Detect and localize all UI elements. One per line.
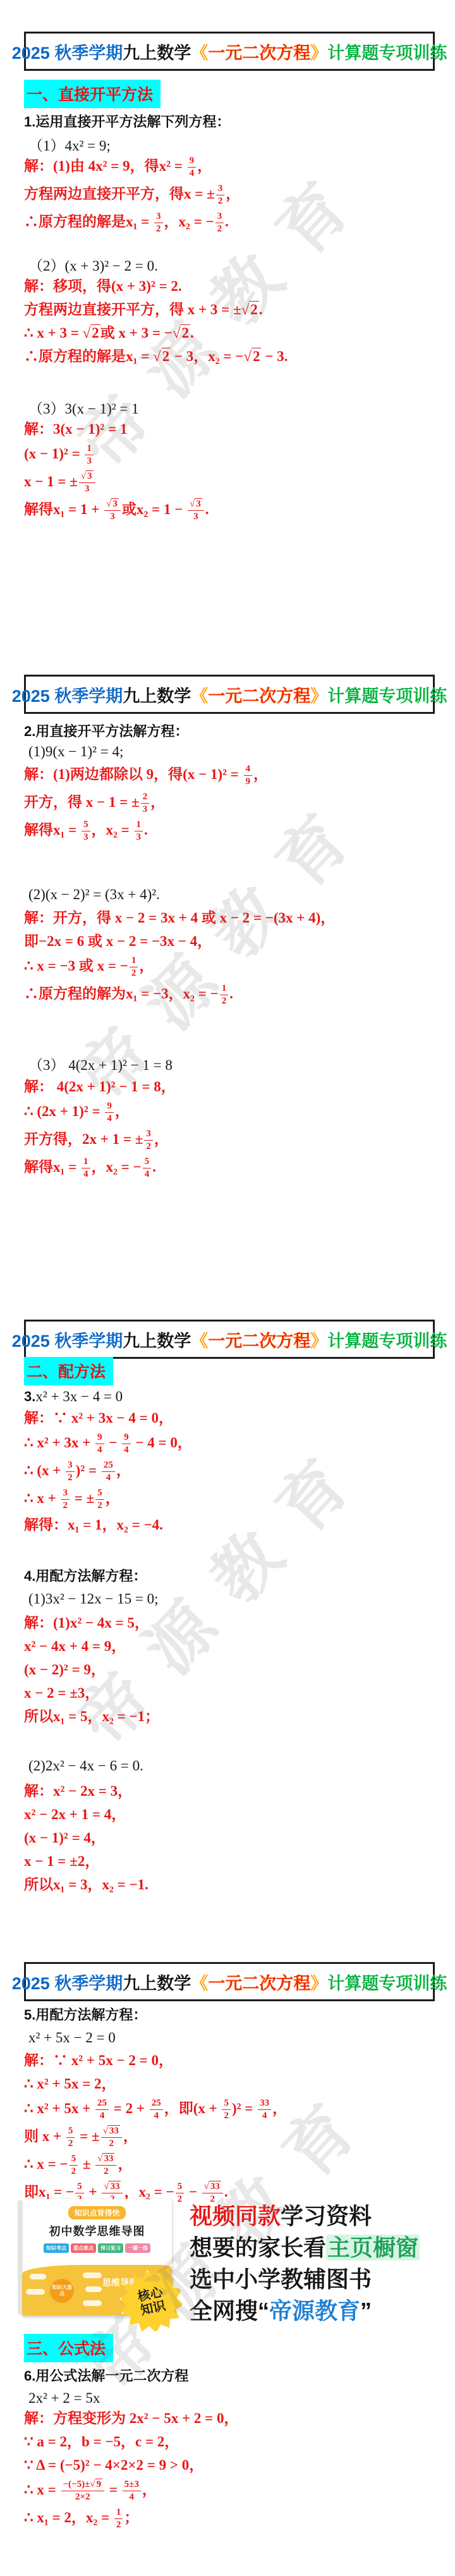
banner-topic: 一元二次方程 <box>208 39 310 64</box>
math-line: 解得x₁ = 1 + √33或x₂ = 1 − √33. <box>24 499 209 522</box>
problem-4-label: 4.用配方法解方程： <box>24 1566 147 1585</box>
math-line: x² − 2x + 1 = 4， <box>24 1805 149 1824</box>
math-line: ∴ x² + 3x + 94 − 94 − 4 = 0， <box>24 1432 192 1456</box>
ad-line-4: 全网搜“帝源教育” <box>190 2299 420 2322</box>
solution-5: 解：∵ x² + 5x − 2 = 0，∴ x² + 5x = 2，∴ x² +… <box>24 2051 287 2209</box>
solution-2-2: 解：开方，得 x − 2 = 3x + 4 或 x − 2 = −(3x + 4… <box>24 909 335 1011</box>
math-line: 解： 4(2x + 1)² − 1 = 8， <box>24 1077 176 1096</box>
title-banner: 2025 秋季学期九上数学《一元二次方程》计算题专项训练 <box>24 1962 435 2001</box>
solution-1-1: 解：(1)由 4x² = 9，得x² = 94，方程两边直接开平方，得x = ±… <box>24 156 240 239</box>
title-banner: 2025 秋季学期九上数学《一元二次方程》计算题专项训练 <box>24 32 435 71</box>
math-line: x − 1 = ±2， <box>24 1852 149 1871</box>
book-badge: 一题一练 <box>125 2243 150 2253</box>
section-heading-3: 三、公式法 <box>24 2334 113 2362</box>
problem-6-label: 6.用公式法解一元二次方程 <box>24 2365 188 2385</box>
banner-bracket-open: 《 <box>191 1327 208 1352</box>
banner-suffix: 计算题专项训练 <box>327 39 447 64</box>
ad-line-2: 想要的家长看主页橱窗 <box>190 2236 420 2259</box>
math-line: 所以x₁ = 5，x₂ = −1； <box>24 1707 159 1726</box>
solution-2-3: 解： 4(2x + 1)² − 1 = 8，∴ (2x + 1)² = 94，开… <box>24 1077 176 1184</box>
problem-3: 3.x² + 3x − 4 = 0 <box>24 1389 123 1405</box>
math-line: ∴ x = −3 或 x = −12， <box>24 955 335 979</box>
banner-subject: 九上数学 <box>123 1327 191 1352</box>
math-line: 方程两边直接开平方，得x = ±32， <box>24 183 240 207</box>
solution-4-2: 解：x² − 2x = 3，x² − 2x + 1 = 4，(x − 1)² =… <box>24 1782 149 1899</box>
book-circle-badge: 知识大盘点 <box>50 2279 74 2303</box>
math-line: ∴ x = −52 ± √332， <box>24 2154 287 2177</box>
solution-1-3: 解：3(x − 1)² = 1(x − 1)² = 13x − 1 = ±√33… <box>24 420 209 527</box>
book-badges: 知识考点 重点难点 预习复习 一题一练 <box>22 2243 172 2253</box>
math-line: (x − 2)² = 9， <box>24 1660 159 1679</box>
problem-1-3: （3）3(x − 1)² = 1 <box>28 397 139 418</box>
math-line: 方程两边直接开平方，得 x + 3 = ±√2. <box>24 300 288 319</box>
math-line: ∴ x₁ = 2，x₂ = 12； <box>24 2507 238 2530</box>
banner-bracket-open: 《 <box>191 39 208 64</box>
banner-bracket-close: 》 <box>310 39 327 64</box>
section-heading-2: 二、配方法 <box>24 1357 113 1385</box>
math-line: ∴原方程的解是x₁ = √2 − 3，x₂ = −√2 − 3. <box>24 347 288 366</box>
ad-line-3: 选中小学教辅图书 <box>190 2267 420 2291</box>
math-line: ∴ (2x + 1)² = 94， <box>24 1101 176 1124</box>
problem-3-equation: x² + 3x − 4 = 0 <box>35 1389 123 1404</box>
math-line: ∴ (x + 32)² = 254， <box>24 1460 192 1483</box>
ad-line-2-lead: 想要的家长看 <box>190 2235 326 2260</box>
problem-6-equation: 2x² + 2 = 5x <box>28 2390 100 2407</box>
math-line: 解：∵ x² + 5x − 2 = 0， <box>24 2051 287 2070</box>
ad-line-1-highlight: 视频同款 <box>190 2203 281 2229</box>
math-line: (x − 1)² = 4， <box>24 1829 149 1848</box>
banner-term: 2025 秋季学期 <box>12 39 123 64</box>
section-heading-1: 一、直接开平方法 <box>24 80 161 108</box>
book-badge: 预习复习 <box>98 2243 123 2253</box>
banner-subject: 九上数学 <box>123 1970 191 1994</box>
solution-4-1: 解：(1)x² − 4x = 5，x² − 4x + 4 = 9，(x − 2)… <box>24 1614 159 1731</box>
math-line: 解得x₁ = 14，x₂ = −54. <box>24 1156 176 1180</box>
title-banner: 2025 秋季学期九上数学《一元二次方程》计算题专项训练 <box>24 675 435 714</box>
math-line: 则 x + 52 = ±√332， <box>24 2126 287 2149</box>
book-title: 初中数学思维导图 <box>22 2223 172 2239</box>
problem-1-2: （2）(x + 3)² − 2 = 0. <box>28 254 158 275</box>
ad-line-2-highlight: 主页橱窗 <box>326 2235 420 2260</box>
problem-5-equation: x² + 5x − 2 = 0 <box>28 2030 116 2046</box>
problem-1-label: 1.运用直接开平方法解下列方程： <box>24 111 230 131</box>
math-line: 所以x₁ = 3，x₂ = −1. <box>24 1875 149 1894</box>
math-line: 解：方程变形为 2x² − 5x + 2 = 0， <box>24 2409 238 2428</box>
banner-term: 2025 秋季学期 <box>12 682 123 707</box>
solution-2-1: 解：(1)两边都除以 9，得(x − 1)² = 49，开方，得 x − 1 =… <box>24 764 268 847</box>
problem-2-label: 2.用直接开平方法解方程： <box>24 721 188 740</box>
math-line: 解：开方，得 x − 2 = 3x + 4 或 x − 2 = −(3x + 4… <box>24 909 335 928</box>
math-line: 解：x² − 2x = 3， <box>24 1782 149 1801</box>
math-line: 解：(1)由 4x² = 9，得x² = 94， <box>24 156 240 179</box>
book-badge: 知识考点 <box>44 2243 69 2253</box>
math-line: ∵ a = 2，b = −5，c = 2， <box>24 2432 238 2451</box>
ad-text: 视频同款学习资料 想要的家长看主页橱窗 选中小学教辅图书 全网搜“帝源教育” <box>190 2204 420 2331</box>
problem-1-1: （1）4x² = 9; <box>28 134 111 155</box>
math-line: ∴原方程的解为x₁ = −3，x₂ = −12. <box>24 983 335 1007</box>
banner-topic: 一元二次方程 <box>208 682 310 707</box>
math-line: 解：(1)两边都除以 9，得(x − 1)² = 49， <box>24 764 268 787</box>
banner-suffix: 计算题专项训练 <box>327 1970 447 1994</box>
banner-bracket-open: 《 <box>191 682 208 707</box>
solution-6: 解：方程变形为 2x² − 5x + 2 = 0，∵ a = 2，b = −5，… <box>24 2409 238 2535</box>
problem-4-1: (1)3x² − 12x − 15 = 0; <box>28 1591 159 1607</box>
worksheet-page: 帝源教育 帝源教育 帝源教育 帝源教育 2025 秋季学期九上数学《一元二次方程… <box>0 0 455 2576</box>
problem-4-2: (2)2x² − 4x − 6 = 0. <box>28 1758 143 1774</box>
banner-subject: 九上数学 <box>123 682 191 707</box>
math-line: 解：移项，得(x + 3)² = 2. <box>24 277 288 296</box>
math-line: 解得：x₁ = 1，x₂ = −4. <box>24 1516 192 1535</box>
banner-bracket-close: 》 <box>310 1327 327 1352</box>
problem-2-3: （3） 4(2x + 1)² − 1 = 8 <box>28 1053 173 1074</box>
banner-topic: 一元二次方程 <box>208 1970 310 1994</box>
ad-line-4-lead: 全网搜“ <box>190 2298 269 2324</box>
banner-term: 2025 秋季学期 <box>12 1327 123 1352</box>
solution-3: 解：∵ x² + 3x − 4 = 0，∴ x² + 3x + 94 − 94 … <box>24 1409 192 1539</box>
math-line: 解得x₁ = 53，x₂ = 13. <box>24 819 268 843</box>
ad-banner[interactable]: 知识点背得快 初中数学思维导图 知识考点 重点难点 预习复习 一题一练 知识大盘… <box>0 2199 455 2332</box>
math-line: ∴原方程的解是x₁ = 32，x₂ = −32. <box>24 211 240 235</box>
math-line: ∴ x² + 5x = 2， <box>24 2075 287 2094</box>
problem-5-label: 5.用配方法解方程： <box>24 2004 147 2024</box>
math-line: x² − 4x + 4 = 9， <box>24 1637 159 1656</box>
ad-line-1: 视频同款学习资料 <box>190 2204 420 2228</box>
banner-suffix: 计算题专项训练 <box>327 682 447 707</box>
ad-line-4-close: ” <box>360 2298 372 2324</box>
star-badge-text: 核心知识 <box>135 2285 169 2319</box>
math-line: 解：3(x − 1)² = 1 <box>24 420 209 439</box>
problem-2-2: (2)(x − 2)² = (3x + 4)². <box>28 886 160 903</box>
problem-2-1: (1)9(x − 1)² = 4; <box>28 744 123 760</box>
book-badge: 重点难点 <box>71 2243 96 2253</box>
math-line: 即−2x = 6 或 x − 2 = −3x − 4， <box>24 932 335 951</box>
math-line: (x − 1)² = 13 <box>24 443 209 467</box>
math-line: 解：∵ x² + 3x − 4 = 0， <box>24 1409 192 1428</box>
banner-topic: 一元二次方程 <box>208 1327 310 1352</box>
banner-bracket-open: 《 <box>191 1970 208 1994</box>
math-line: ∴ x + 3 = √2或 x + 3 = −√2. <box>24 324 288 343</box>
math-line: 开方，得 x − 1 = ±23， <box>24 792 268 815</box>
banner-suffix: 计算题专项训练 <box>327 1327 447 1352</box>
banner-subject: 九上数学 <box>123 39 191 64</box>
book-top-badge: 知识点背得快 <box>68 2206 125 2219</box>
ad-line-1-rest: 学习资料 <box>281 2203 372 2229</box>
math-line: x − 2 = ±3， <box>24 1684 159 1703</box>
math-line: ∴ x² + 5x + 254 = 2 + 254，即(x + 52)² = 3… <box>24 2098 287 2121</box>
math-line: ∴ x + 32 = ±52， <box>24 1488 192 1511</box>
banner-bracket-close: 》 <box>310 682 327 707</box>
problem-3-number: 3. <box>24 1389 35 1404</box>
math-line: 解：(1)x² − 4x = 5， <box>24 1614 159 1633</box>
title-banner: 2025 秋季学期九上数学《一元二次方程》计算题专项训练 <box>24 1320 435 1359</box>
math-line: x − 1 = ±√33 <box>24 471 209 494</box>
ad-brand-name: 帝源教育 <box>269 2298 360 2324</box>
solution-1-2: 解：移项，得(x + 3)² = 2.方程两边直接开平方，得 x + 3 = ±… <box>24 277 288 371</box>
math-line: ∵ Δ = (−5)² − 4×2×2 = 9 > 0， <box>24 2456 238 2475</box>
math-line: ∴ x = −(−5)±√92×2 = 5±34， <box>24 2479 238 2503</box>
banner-term: 2025 秋季学期 <box>12 1970 123 1994</box>
banner-bracket-close: 》 <box>310 1970 327 1994</box>
math-line: 开方得，2x + 1 = ±32， <box>24 1129 176 1152</box>
